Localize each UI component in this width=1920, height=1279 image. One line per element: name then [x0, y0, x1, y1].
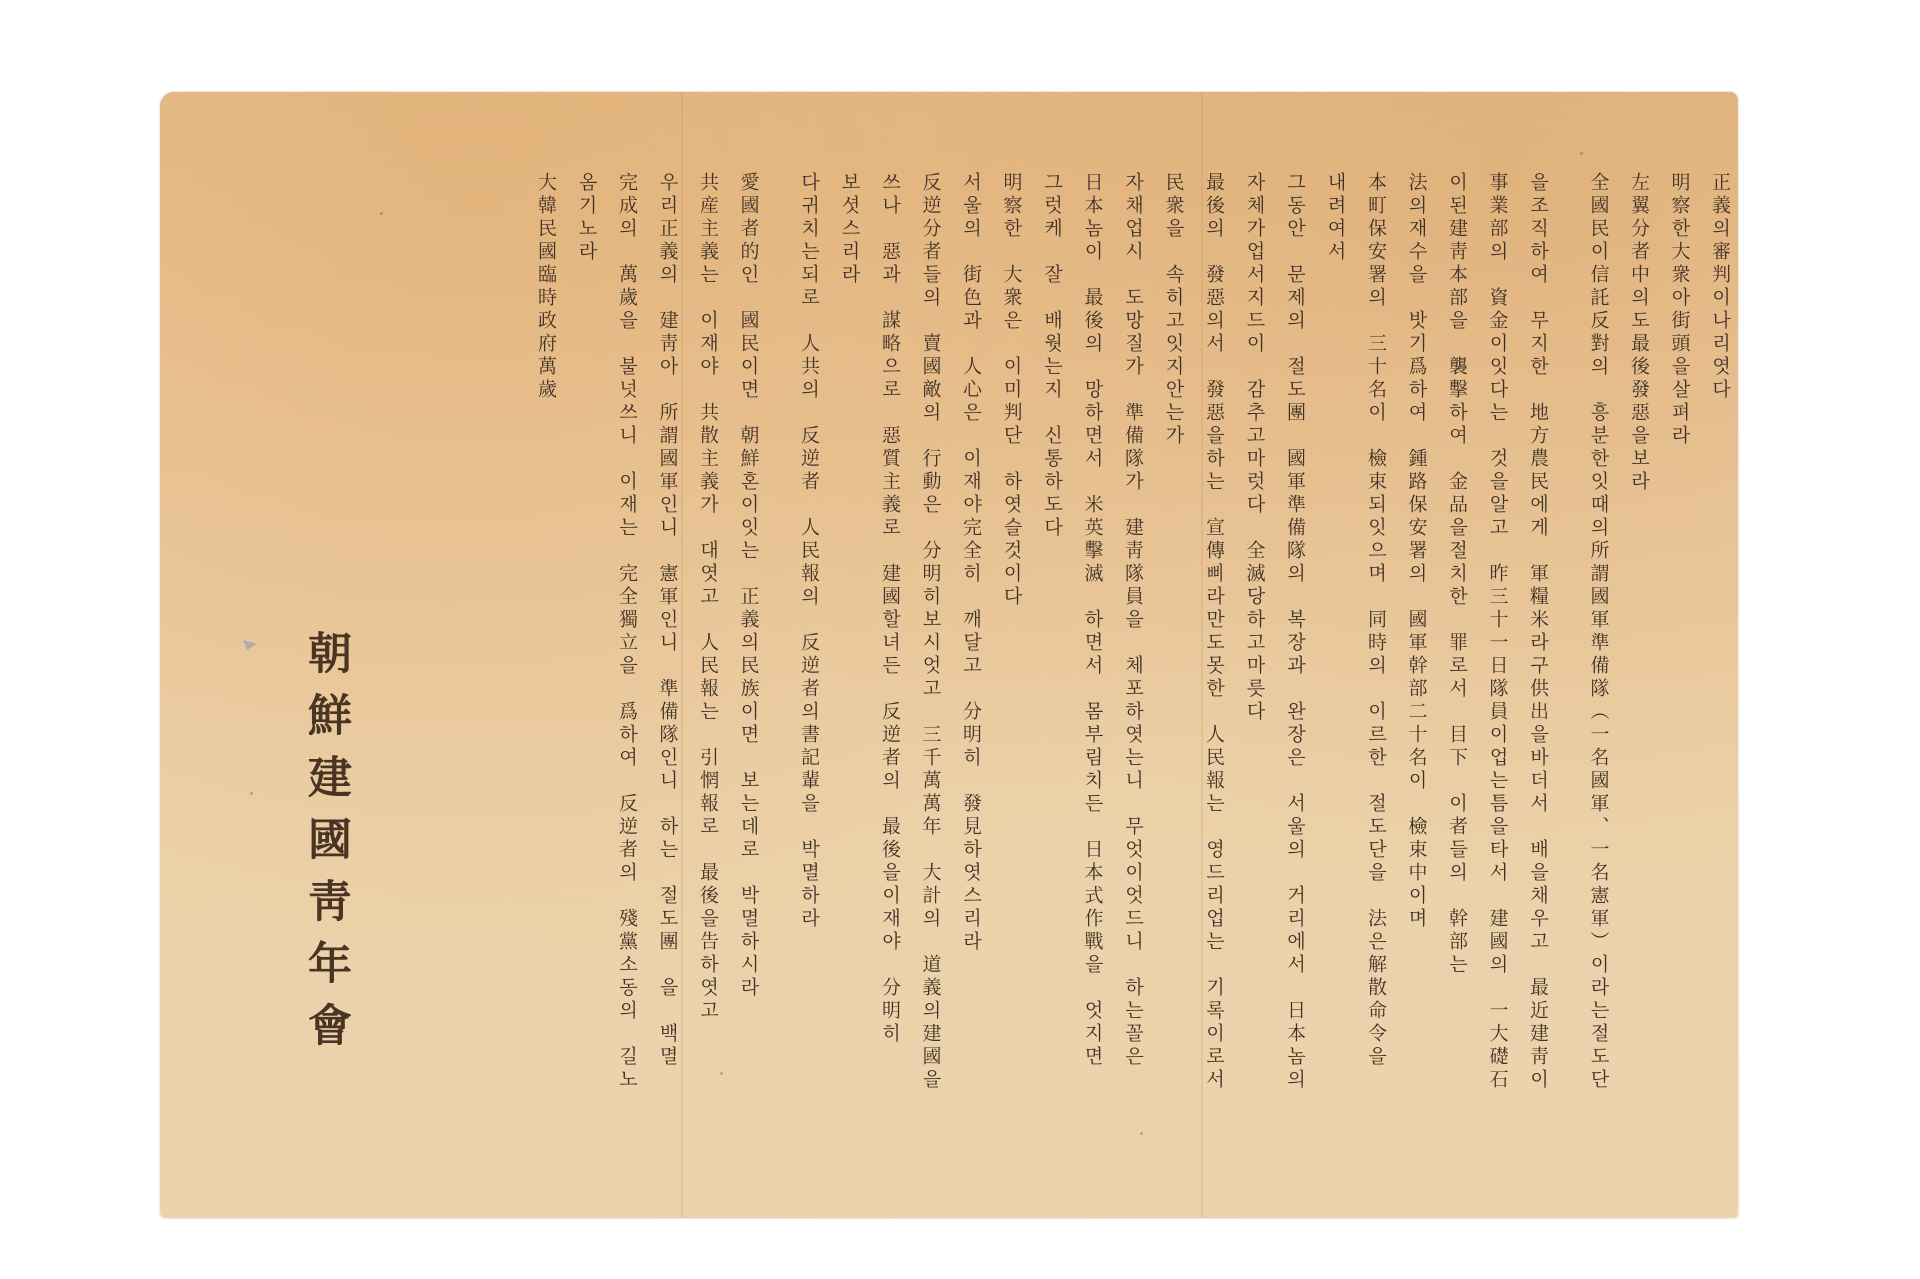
text-column: 日本놈이 最後의 망하면서 米英擊滅 하면서 몸부림치든 日本式作戰을 엇지면: [1072, 172, 1113, 1102]
text-column: 그동안 문제의 절도團 國軍準備隊의 복장과 완장은 서울의 거리에서 日本놈의: [1275, 172, 1316, 1102]
text-column: 을조직하여 무지한 地方農民에게 軍糧米라구供出을바더서 배을채우고 最近建靑이: [1518, 172, 1559, 1102]
text-column: 옴기노라: [566, 172, 607, 1102]
text-column: 最後의 發惡의서 發惡을하는 宣傳삐라만도못한 人民報는 영드리업는 기록이로서: [1194, 172, 1235, 1102]
text-column: 쓰나 惡과 謀略으로 惡質主義로 建國할녀든 反逆者의 最後을이재야 分明히: [870, 172, 911, 1102]
text-column: 事業部의 資金이잇다는 것을알고 昨三十一日隊員이업는틈을타서 建國의 一大礎石: [1477, 172, 1518, 1102]
paper-speck: [380, 212, 383, 215]
text-column: 民衆을 속히고잇지안는가: [1153, 172, 1194, 1102]
text-column: 明察한大衆아街頭을살펴라: [1659, 172, 1700, 1102]
text-column: 完成의 萬歲을 불넛쓰니 이재는 完全獨立을 爲하여 反逆者의 殘黨소동의 길노: [607, 172, 648, 1102]
text-column: 反逆分者들의 賣國敵의 行動은 分明히보시엇고 三千萬萬年 大計의 道義의建國을: [910, 172, 951, 1102]
paper-speck: [250, 792, 253, 795]
paper-speck: [1580, 152, 1583, 155]
leaflet-signature: 朝鮮建國靑年會: [293, 630, 357, 1064]
headline-column: 正義의審判이나리엿다: [1700, 172, 1741, 1102]
text-column: 左翼分者中의도最後發惡을보라: [1619, 172, 1660, 1102]
text-column: 다귀치는되로 人共의 反逆者 人民報의 反逆者의書記輩을 박멸하라: [789, 172, 830, 1102]
text-column: 서울의 街色과 人心은 이재야完全히 깨달고 分明히 發見하엿스리라: [951, 172, 992, 1102]
text-column: 이된建靑本部을 襲擊하여 金品을절치한 罪로서 目下 이者들의 幹部는: [1437, 172, 1478, 1102]
text-column: 우리正義의 建靑아 所謂國軍인니 憲軍인니 準備隊인니 하는 절도團 을 백멸: [647, 172, 688, 1102]
text-column: 共産主義는 이재야 共散主義가 대엿고 人民報는 引惘報로 最後을告하엿고: [688, 172, 729, 1102]
text-column: 내려여서: [1315, 172, 1356, 1102]
text-column: 자채업시 도망질가 準備隊가 建靑隊員을 체포하엿는니 무엇이엇드니 하는꼴은: [1113, 172, 1154, 1102]
leaflet-body-text: 正義의審判이나리엿다明察한大衆아街頭을살펴라左翼分者中의도最後發惡을보라全國民이…: [506, 172, 1741, 1102]
text-column: 法의재수을 밧기爲하여 鍾路保安署의 國軍幹部二十名이 檢束中이며: [1396, 172, 1437, 1102]
text-column: 愛國者的인 國民이면 朝鮮혼이잇는 正義의民族이면 보는데로 박멸하시라: [728, 172, 769, 1102]
text-column: 大韓民國臨時政府萬歲: [526, 172, 567, 1102]
text-column: 자체가업서지드이 감추고마럿다 全滅당하고마릇다: [1234, 172, 1275, 1102]
text-column: 明察한 大衆은 이미判단 하엿슬것이다: [991, 172, 1032, 1102]
text-column: 本町保安署의 三十名이 檢束되잇으며 同時의 이르한 절도단을 法은解散命令을: [1356, 172, 1397, 1102]
text-column: 보셧스리라: [829, 172, 870, 1102]
text-column: 그럿케 잘 배웟는지 신통하도다: [1032, 172, 1073, 1102]
text-column: 全國民이信託反對의 흥분한잇때의所謂國軍準備隊（一名國軍、一名憲軍）이라는절도단: [1578, 172, 1619, 1102]
paper-speck: [1140, 1132, 1143, 1135]
